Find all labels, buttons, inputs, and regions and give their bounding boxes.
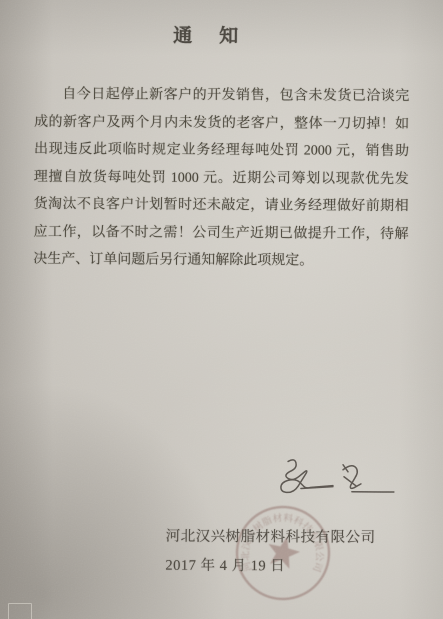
notice-body-line: 出现违反此项临时规定业务经理每吨处罚 2000 元，销售助 [34,136,409,166]
notice-date: 2017 年 4 月 19 日 [165,554,285,576]
notice-body-line: 理擅自放货每吨处罚 1000 元。近期公司筹划以现款优先发 [34,163,409,193]
notice-body-line: 自今日起停止新客户的开发销售，包含未发货已洽谈完 [34,81,409,111]
notice-body-line: 货淘汰不良客户计划暂时还未敲定，请业务经理做好前期相 [34,191,409,221]
handwritten-signature-icon [267,448,399,511]
corner-artifact-mark [8,603,32,619]
company-name: 河北汉兴树脂材料科技有限公司 [166,525,376,547]
notice-document-photo: 河北汉兴树脂材料科技有限公司 通 知 自今日起停止新客户的开发销售，包含未发货已… [0,0,443,619]
notice-body: 自今日起停止新客户的开发销售，包含未发货已洽谈完 成的新客户及两个月内未发货的老… [33,81,409,276]
notice-title: 通 知 [2,20,414,50]
notice-body-line: 决生产、订单问题后另行通知解除此项规定。 [33,246,408,276]
notice-body-line: 应工作，以备不时之需！公司生产近期已做提升工作，待解 [33,218,408,248]
notice-content: 通 知 自今日起停止新客户的开发销售，包含未发货已洽谈完 成的新客户及两个月内未… [0,0,443,619]
notice-body-line: 成的新客户及两个月内未发货的老客户，整体一刀切掉！如 [34,108,409,138]
